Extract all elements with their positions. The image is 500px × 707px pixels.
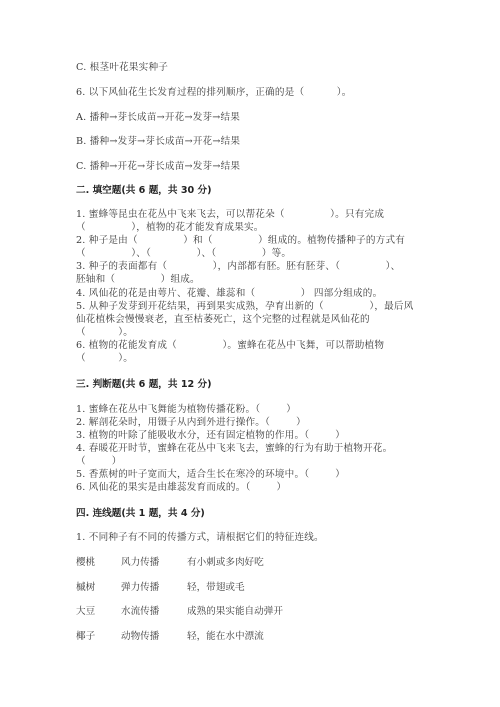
true-false-line: 4. 春暖花开时节，蜜蜂在花丛中飞来飞去，蜜蜂的行为有助于植物开花。 — [76, 442, 392, 455]
fill-blank-line: 胚轴和（ ）组成。 — [76, 273, 200, 286]
fill-blank-line: 5. 从种子发芽到开花结果，再到果实成熟，孕育出新的（ ），最后风 — [76, 300, 414, 313]
matching-prompt: 1. 不同种子有不同的传播方式，请根据它们的特征连线。 — [76, 531, 324, 544]
seed-feature[interactable]: 轻，能在水中漂流 — [187, 630, 264, 643]
question-6-stem: 6. 以下风仙花生长发育过程的排列顺序，正确的是（ ）。 — [76, 86, 352, 99]
seed-name[interactable]: 槭树 — [76, 581, 95, 594]
dispersal-method[interactable]: 风力传播 — [121, 556, 159, 569]
seed-name[interactable]: 樱桃 — [76, 556, 95, 569]
true-false-line: 1. 蜜蜂在花丛中飞舞能为植物传播花粉。（ ） — [76, 403, 296, 416]
section-heading-matching: 四. 连线题(共 1 题，共 4 分) — [76, 507, 205, 520]
fill-blank-line: 6. 植物的花能发育成（ ）。蜜蜂在花丛中飞舞，可以帮助植物 — [76, 339, 384, 352]
dispersal-method[interactable]: 动物传播 — [121, 630, 159, 643]
true-false-line: 6. 风仙花的果实是由雄蕊发育而成的。（ ） — [76, 481, 286, 494]
fill-blank-line: 仙花植株会慢慢衰老，直至枯萎死亡，这个完整的过程就是风仙花的 — [76, 313, 370, 326]
seed-feature[interactable]: 有小刺或多肉好吃 — [187, 556, 264, 569]
dispersal-method[interactable]: 水流传播 — [121, 605, 159, 618]
true-false-line: 3. 植物的叶除了能吸收水分，还有固定植物的作用。（ ） — [76, 429, 345, 442]
question-6-option-c: C. 播种→开花→芽长成苗→发芽→结果 — [76, 160, 240, 173]
true-false-line: （ ） — [76, 455, 122, 468]
fill-blank-line: 4. 风仙花的花是由萼片、花瓣、雄蕊和（ ） 四部分组成的。 — [76, 287, 382, 300]
fill-blank-line: 2. 种子是由（ ）和（ ）组成的。植物传播种子的方式有 — [76, 234, 405, 247]
section-heading-true-false: 三. 判断题(共 6 题，共 12 分) — [76, 378, 211, 391]
fill-blank-line: 3. 种子的表面都有（ ），内部都有胚。胚有胚芽、（ ）、 — [76, 260, 400, 273]
fill-blank-line: （ ），植物的花才能发育成果实。 — [76, 221, 264, 234]
true-false-line: 2. 解剖花朵时，用镊子从内到外进行操作。（ ） — [76, 416, 306, 429]
question-6-option-a: A. 播种→芽长成苗→开花→发芽→结果 — [76, 111, 240, 124]
question-6-option-b: B. 播种→发芽→芽长成苗→开花→结果 — [76, 135, 240, 148]
fill-blank-line: （ ）、（ ）、（ ）等。 — [76, 247, 291, 260]
fill-blank-line: 1. 蜜蜂等昆虫在花丛中飞来飞去，可以帮花朵（ ）。只有完成 — [76, 208, 384, 221]
dispersal-method[interactable]: 弹力传播 — [121, 581, 159, 594]
seed-feature[interactable]: 成熟的果实能自动弹开 — [187, 605, 283, 618]
true-false-line: 5. 香蕉树的叶子宽而大，适合生长在寒冷的环境中。（ ） — [76, 468, 345, 481]
section-heading-fill-blank: 二. 填空题(共 6 题，共 30 分) — [76, 184, 211, 197]
seed-name[interactable]: 大豆 — [76, 605, 95, 618]
seed-name[interactable]: 椰子 — [76, 630, 95, 643]
fill-blank-line: （ ）。 — [76, 352, 133, 365]
fill-blank-line: （ ）。 — [76, 326, 133, 339]
seed-feature[interactable]: 轻，带翅或毛 — [187, 581, 245, 594]
option-c-previous: C. 根茎叶花果实种子 — [76, 61, 168, 74]
